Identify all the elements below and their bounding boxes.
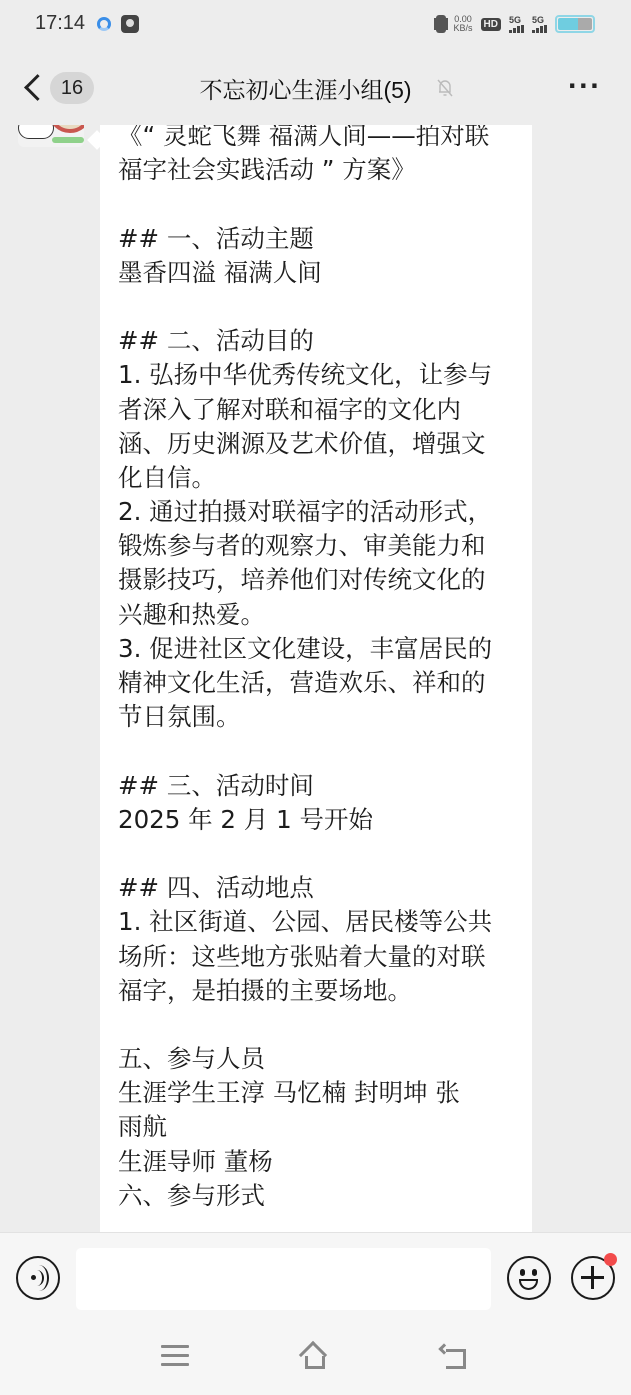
message-line: 锻炼参与者的观察力、审美能力和 — [118, 529, 514, 563]
message-text-input[interactable] — [76, 1248, 491, 1310]
sim1-network-type: 5G — [509, 16, 524, 25]
sim1-signal-icon: 5G — [509, 16, 524, 33]
recent-apps-button[interactable] — [161, 1345, 189, 1369]
sim2-signal-icon: 5G — [532, 16, 547, 33]
message-line: ## 四、活动地点 — [118, 871, 514, 905]
network-speed: 0.00 KB/s — [454, 15, 473, 33]
sim2-network-type: 5G — [532, 16, 547, 25]
message-text: 《“ 灵蛇飞舞 福满人间——拍对联 福字社会实践活动 ” 方案》 ## 一、活动… — [118, 125, 514, 1213]
home-button[interactable] — [297, 1341, 333, 1371]
message-line: 兴趣和热爱。 — [118, 598, 514, 632]
message-line: 化自信。 — [118, 461, 514, 495]
message-line: 2025 年 2 月 1 号开始 — [118, 803, 514, 837]
message-input-bar — [0, 1232, 631, 1325]
message-line: 2. 通过拍摄对联福字的活动形式， — [118, 495, 514, 529]
back-arrow-icon — [446, 1349, 466, 1369]
message-line: ## 三、活动时间 — [118, 769, 514, 803]
mute-bell-icon — [436, 78, 454, 98]
message-line: 3. 促进社区文化建设，丰富居民的 — [118, 632, 514, 666]
message-line: 精神文化生活，营造欢乐、祥和的 — [118, 666, 514, 700]
message-line — [118, 290, 514, 324]
message-bubble[interactable]: 《“ 灵蛇飞舞 福满人间——拍对联 福字社会实践活动 ” 方案》 ## 一、活动… — [100, 125, 532, 1232]
message-line — [118, 734, 514, 768]
message-line: 生涯学生王淳 马忆楠 封明坤 张 — [118, 1076, 514, 1110]
hd-voice-icon: HD — [481, 18, 501, 31]
sender-avatar[interactable] — [18, 125, 84, 147]
message-line: 摄影技巧，培养他们对传统文化的 — [118, 563, 514, 597]
message-line: 福字，是拍摄的主要场地。 — [118, 974, 514, 1008]
video-app-notification-icon — [121, 15, 139, 33]
vibrate-mode-icon — [436, 15, 446, 33]
message-line: 1. 社区街道、公园、居民楼等公共 — [118, 905, 514, 939]
message-line: 福字社会实践活动 ” 方案》 — [118, 153, 514, 187]
chat-title: 不忘初心生涯小组(5) — [0, 72, 631, 105]
message-line: 雨航 — [118, 1110, 514, 1144]
message-line: 六、参与形式 — [118, 1179, 514, 1213]
emoji-button[interactable] — [507, 1256, 551, 1300]
message-line — [118, 1008, 514, 1042]
status-bar: 17:14 0.00 KB/s HD 5G 5G — [0, 0, 631, 50]
system-navigation-bar — [0, 1325, 631, 1395]
status-time: 17:14 — [35, 12, 85, 35]
voice-input-button[interactable] — [16, 1256, 60, 1300]
system-back-button[interactable] — [440, 1345, 470, 1369]
smiley-icon — [520, 1269, 525, 1276]
message-line: 《“ 灵蛇飞舞 福满人间——拍对联 — [118, 125, 514, 153]
status-indicators: 0.00 KB/s HD 5G 5G — [436, 12, 595, 36]
notification-dot — [604, 1253, 617, 1266]
message-line: 生涯导师 董杨 — [118, 1145, 514, 1179]
message-line: 场所：这些地方张贴着大量的对联 — [118, 940, 514, 974]
message-line: 节日氛围。 — [118, 700, 514, 734]
message-line: 墨香四溢 福满人间 — [118, 256, 514, 290]
message-line — [118, 187, 514, 221]
battery-icon — [555, 15, 595, 33]
message-line: 涵、历史渊源及艺术价值，增强文 — [118, 427, 514, 461]
message-line — [118, 837, 514, 871]
message-line: ## 二、活动目的 — [118, 324, 514, 358]
message-line: 五、参与人员 — [118, 1042, 514, 1076]
browser-notification-icon — [97, 17, 111, 31]
more-options-button[interactable]: ··· — [568, 76, 601, 96]
message-line: ## 一、活动主题 — [118, 222, 514, 256]
chat-message-list[interactable]: 《“ 灵蛇飞舞 福满人间——拍对联 福字社会实践活动 ” 方案》 ## 一、活动… — [0, 125, 631, 1232]
message-line: 者深入了解对联和福字的文化内 — [118, 393, 514, 427]
message-line: 1. 弘扬中华优秀传统文化，让参与 — [118, 358, 514, 392]
chat-header: 16 不忘初心生涯小组(5) ··· — [0, 50, 631, 125]
network-speed-unit: KB/s — [454, 23, 473, 33]
